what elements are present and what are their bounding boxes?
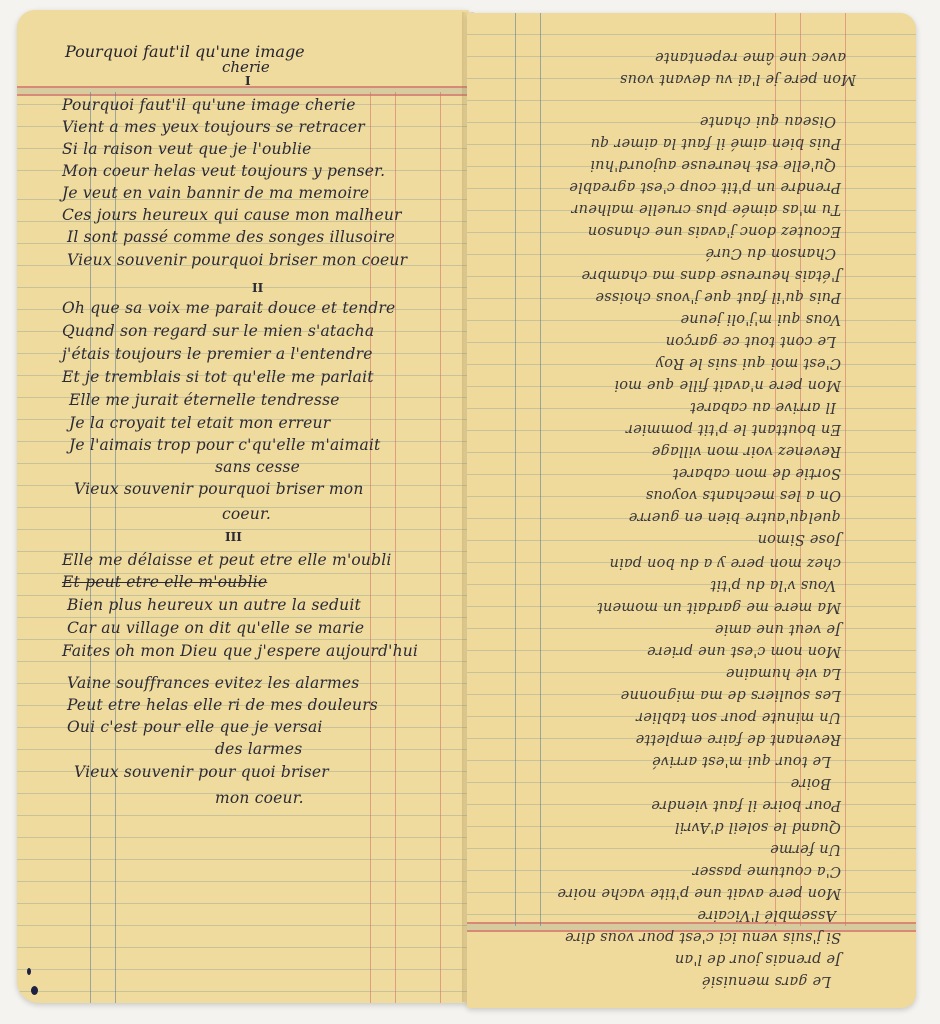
song-line: Vous v'la du p'tit — [710, 574, 836, 596]
song-line: Quand le soleil d'Avril — [675, 816, 841, 838]
song-line: On a les mechants voyous — [646, 484, 841, 506]
song-line: Ma mere me gardait un moment — [597, 596, 841, 618]
song-line: Je prenais jour de l'an — [675, 948, 841, 970]
song-line: Le gars menuisié — [702, 970, 831, 992]
verse-line: Peut etre helas elle ri de mes douleurs — [67, 694, 378, 716]
song-line: Il arrive au cabaret — [690, 396, 836, 418]
song-line: Puis bien aimé il faut la aimer qu — [590, 132, 841, 154]
verse-line: Je veut en vain bannir de ma memoire — [62, 182, 369, 204]
verse-line: Il sont passé comme des songes illusoire — [67, 226, 395, 248]
verse-line: Vient a mes yeux toujours se retracer — [62, 116, 365, 138]
song-line: Ecoutez donc j'avais une chanson — [588, 220, 841, 242]
verse-line: mon coeur. — [215, 787, 304, 809]
song-line: Mon pere avait une p'tite vache noire — [557, 882, 841, 904]
ink-blot — [27, 968, 31, 975]
song-line: Prendre un p'tit coup c'est agreable — [569, 176, 841, 198]
song-line: C'a coutume passer — [692, 860, 841, 882]
verse-line: Car au village on dit qu'elle se marie — [67, 617, 364, 639]
song-line: Tu m'as aimée plus cruelle malheur — [571, 198, 841, 220]
song-line: Un minute pour son tablier — [636, 706, 841, 728]
song-line: Un ferme — [770, 838, 841, 860]
song-line: Assemblé l'Vicaire — [697, 904, 836, 926]
verse-line: j'étais toujours le premier a l'entendre — [62, 343, 373, 365]
right-page: Le gars menuisié Je prenais jour de l'an… — [467, 13, 916, 1008]
verse-line: Vieux souvenir pour quoi briser — [74, 761, 329, 783]
verse-line: coeur. — [222, 503, 271, 525]
verse-line: Vieux souvenir pourquoi briser mon — [74, 478, 364, 500]
verse-line: Oh que sa voix me parait douce et tendre — [62, 297, 395, 319]
song-line: Sortie de mon cabaret — [673, 462, 841, 484]
song-line: Revenez voir mon village — [652, 440, 841, 462]
verse-line: Elle me jurait éternelle tendresse — [69, 389, 340, 411]
verse-line: Ces jours heureux qui cause mon malheur — [62, 204, 402, 226]
song-line: Jose Simon — [757, 528, 841, 550]
verse-line: Faites oh mon Dieu que j'espere aujourd'… — [62, 640, 418, 662]
verse-line: Vaine souffrances evitez les alarmes — [67, 672, 359, 694]
song-line: Le tour qui m'est arrivé — [652, 750, 831, 772]
song-line: Le cont tout ce garçon — [665, 330, 836, 352]
column-rule-red — [440, 92, 441, 1003]
song-line: Oiseau qui chante — [700, 110, 836, 132]
column-rule-red — [395, 92, 396, 1003]
song-line: Je veut une amie — [715, 618, 841, 640]
ink-blot — [31, 986, 38, 995]
song-line: Vous qui m'j'oli jeune — [680, 308, 841, 330]
song-line: Les souliers de ma mignonne — [621, 684, 841, 706]
verse-line: Bien plus heureux un autre la seduit — [67, 594, 361, 616]
song-line: J'étais heureuse dans ma chambre — [581, 264, 841, 286]
song-line: Mon nom c'est une priere — [647, 640, 841, 662]
verse-line: Quand son regard sur le mien s'atacha — [62, 320, 374, 342]
verse-line: Pourquoi faut'il qu'une image cherie — [62, 94, 356, 116]
song-line: Chanson du Curé — [705, 242, 836, 264]
song-line: En bouttant le p'tit pommier — [626, 418, 841, 440]
song-line: Puis qu'il faut que j'vous choisse — [595, 286, 841, 308]
upside-down-text-block: Le gars menuisié Je prenais jour de l'an… — [467, 13, 916, 1008]
verse-line: Oui c'est pour elle que je versai — [67, 716, 323, 738]
verse-line: Elle me délaisse et peut etre elle m'oub… — [62, 549, 392, 571]
song-line: La vie humaine — [726, 662, 841, 684]
struck-verse-line: Et peut etre elle m'oublie — [62, 571, 267, 593]
song-line: Revenant de faire emplette — [635, 728, 841, 750]
verse-line: Si la raison veut que je l'oublie — [62, 138, 312, 160]
verse-line: Je la croyait tel etait mon erreur — [69, 412, 330, 434]
song-line: Qu'elle est heureuse aujourd'hui — [590, 154, 836, 176]
header-line: avec une âme repentante — [655, 46, 846, 68]
song-line: chez mon pere y a du bon pain — [609, 552, 841, 574]
header-line: Mon pere je l'ai vu devant vous — [620, 68, 856, 90]
song-line: quelqu'autre bien en guerre — [629, 506, 841, 528]
section-numeral: III — [225, 530, 242, 544]
verse-line: sans cesse — [215, 456, 300, 478]
verse-line: Et je tremblais si tot qu'elle me parlai… — [62, 366, 374, 388]
song-line: Si j'suis venu ici c'est pour vous dire — [565, 926, 841, 948]
section-numeral: II — [252, 281, 263, 295]
verse-line: Mon coeur helas veut toujours y penser. — [62, 160, 385, 182]
song-line: C'est moi qui suis le Roy — [656, 352, 841, 374]
left-page: Pourquoi faut'il qu'une image cherie I P… — [17, 10, 469, 1003]
song-line: Boire — [790, 772, 831, 794]
song-line: Mon pere n'avait fille que moi — [614, 374, 841, 396]
verse-line: des larmes — [215, 738, 302, 760]
song-line: Pour boire il faut viendre — [651, 794, 841, 816]
section-numeral: I — [245, 74, 251, 88]
verse-line: Je l'aimais trop pour c'qu'elle m'aimait — [69, 434, 380, 456]
verse-line: Vieux souvenir pourquoi briser mon coeur — [67, 249, 407, 271]
